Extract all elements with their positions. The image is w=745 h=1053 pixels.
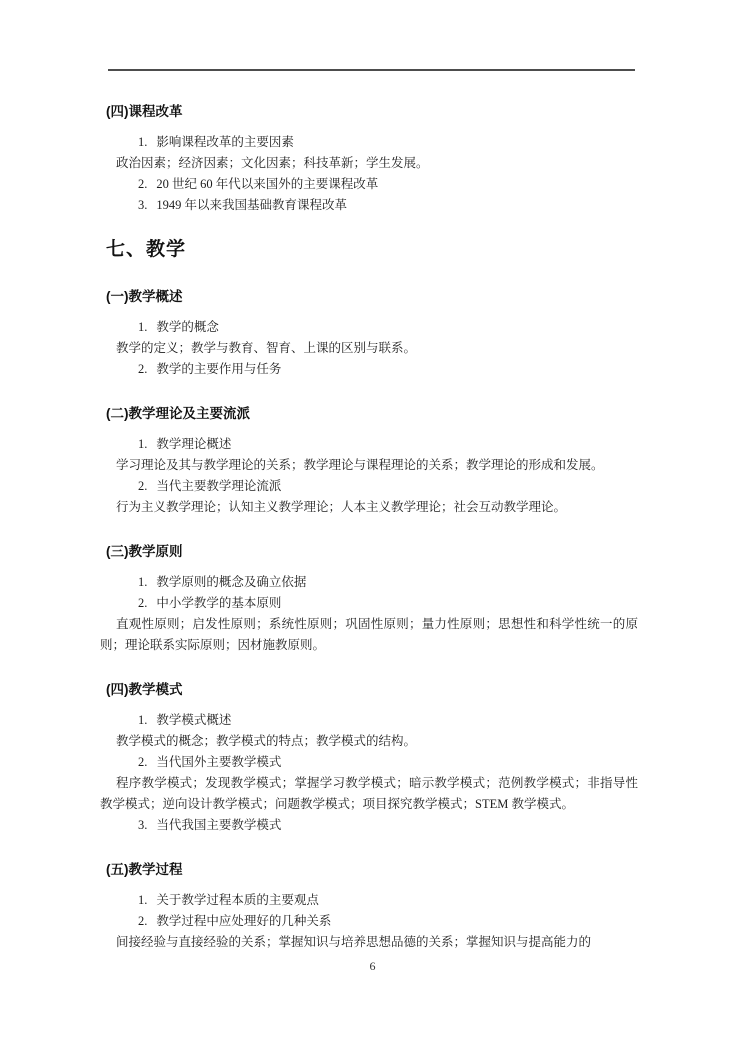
numbered-item: 2.20 世纪 60 年代以来国外的主要课程改革 xyxy=(100,174,638,195)
numbered-item: 3.1949 年以来我国基础教育课程改革 xyxy=(100,195,638,216)
item-text: 当代国外主要教学模式 xyxy=(156,755,281,769)
detail-paragraph: 行为主义教学理论；认知主义教学理论；人本主义教学理论；社会互动教学理论。 xyxy=(100,497,638,518)
detail-paragraph: 政治因素；经济因素；文化因素；科技革新；学生发展。 xyxy=(100,153,638,174)
subsection-heading: (四)教学模式 xyxy=(106,681,638,698)
subsection: (二)教学理论及主要流派 1.教学理论概述学习理论及其与教学理论的关系；教学理论… xyxy=(100,405,638,518)
numbered-item: 3.当代我国主要教学模式 xyxy=(100,815,638,836)
item-text: 关于教学过程本质的主要观点 xyxy=(156,893,319,907)
subsection-body: 1.影响课程改革的主要因素政治因素；经济因素；文化因素；科技革新；学生发展。2.… xyxy=(100,132,638,216)
subsection: (四)课程改革 1.影响课程改革的主要因素政治因素；经济因素；文化因素；科技革新… xyxy=(100,103,638,216)
numbered-item: 1.教学理论概述 xyxy=(100,434,638,455)
subsection: (四)教学模式 1.教学模式概述教学模式的概念；教学模式的特点；教学模式的结构。… xyxy=(100,681,638,836)
item-text: 教学理论概述 xyxy=(156,437,231,451)
subsection-body: 1.教学模式概述教学模式的概念；教学模式的特点；教学模式的结构。2.当代国外主要… xyxy=(100,710,638,836)
header-divider-rule xyxy=(108,69,635,71)
item-text: 教学的主要作用与任务 xyxy=(156,362,281,376)
item-text: 教学原则的概念及确立依据 xyxy=(156,575,306,589)
numbered-item: 1.教学模式概述 xyxy=(100,710,638,731)
item-number: 2. xyxy=(138,362,147,376)
item-text: 教学过程中应处理好的几种关系 xyxy=(156,914,331,928)
item-text: 中小学教学的基本原则 xyxy=(156,596,281,610)
item-number: 1. xyxy=(138,437,147,451)
subsection-body: 1.教学理论概述学习理论及其与教学理论的关系；教学理论与课程理论的关系；教学理论… xyxy=(100,434,638,518)
numbered-item: 2.中小学教学的基本原则 xyxy=(100,593,638,614)
numbered-item: 1.教学的概念 xyxy=(100,317,638,338)
subsection: (三)教学原则 1.教学原则的概念及确立依据2.中小学教学的基本原则直观性原则；… xyxy=(100,543,638,656)
numbered-item: 1.教学原则的概念及确立依据 xyxy=(100,572,638,593)
numbered-item: 2.教学过程中应处理好的几种关系 xyxy=(100,911,638,932)
item-number: 2. xyxy=(138,479,147,493)
subsection-heading: (一)教学概述 xyxy=(106,288,638,305)
subsection-body: 1.教学的概念教学的定义；教学与教育、智育、上课的区别与联系。2.教学的主要作用… xyxy=(100,317,638,380)
item-text: 当代主要教学理论流派 xyxy=(156,479,281,493)
detail-paragraph: 程序教学模式；发现教学模式；掌握学习教学模式；暗示教学模式；范例教学模式；非指导… xyxy=(100,773,638,815)
detail-paragraph: 直观性原则；启发性原则；系统性原则；巩固性原则；量力性原则；思想性和科学性统一的… xyxy=(100,614,638,656)
document-content: (四)课程改革 1.影响课程改革的主要因素政治因素；经济因素；文化因素；科技革新… xyxy=(100,78,638,953)
detail-paragraph: 教学模式的概念；教学模式的特点；教学模式的结构。 xyxy=(100,731,638,752)
subsection-body: 1.教学原则的概念及确立依据2.中小学教学的基本原则直观性原则；启发性原则；系统… xyxy=(100,572,638,656)
page-number: 6 xyxy=(0,959,745,974)
item-number: 1. xyxy=(138,893,147,907)
subsection-heading: (四)课程改革 xyxy=(106,103,638,120)
numbered-item: 1.影响课程改革的主要因素 xyxy=(100,132,638,153)
item-number: 1. xyxy=(138,713,147,727)
numbered-item: 1.关于教学过程本质的主要观点 xyxy=(100,890,638,911)
detail-paragraph: 教学的定义；教学与教育、智育、上课的区别与联系。 xyxy=(100,338,638,359)
subsection-heading: (三)教学原则 xyxy=(106,543,638,560)
item-number: 1. xyxy=(138,320,147,334)
document-page: (四)课程改革 1.影响课程改革的主要因素政治因素；经济因素；文化因素；科技革新… xyxy=(0,0,745,1053)
item-text: 20 世纪 60 年代以来国外的主要课程改革 xyxy=(156,177,378,191)
item-text: 教学模式概述 xyxy=(156,713,231,727)
item-number: 1. xyxy=(138,575,147,589)
numbered-item: 2.当代主要教学理论流派 xyxy=(100,476,638,497)
item-text: 1949 年以来我国基础教育课程改革 xyxy=(156,198,347,212)
item-number: 2. xyxy=(138,596,147,610)
subsection: (五)教学过程 1.关于教学过程本质的主要观点2.教学过程中应处理好的几种关系间… xyxy=(100,861,638,953)
subsection-heading: (二)教学理论及主要流派 xyxy=(106,405,638,422)
numbered-item: 2.当代国外主要教学模式 xyxy=(100,752,638,773)
item-number: 3. xyxy=(138,818,147,832)
item-number: 2. xyxy=(138,914,147,928)
item-number: 3. xyxy=(138,198,147,212)
item-text: 教学的概念 xyxy=(156,320,219,334)
chapter-heading: 七、教学 xyxy=(106,237,638,263)
item-text: 当代我国主要教学模式 xyxy=(156,818,281,832)
numbered-item: 2.教学的主要作用与任务 xyxy=(100,359,638,380)
item-number: 2. xyxy=(138,177,147,191)
subsection-heading: (五)教学过程 xyxy=(106,861,638,878)
subsection: (一)教学概述 1.教学的概念教学的定义；教学与教育、智育、上课的区别与联系。2… xyxy=(100,288,638,380)
subsection-body: 1.关于教学过程本质的主要观点2.教学过程中应处理好的几种关系间接经验与直接经验… xyxy=(100,890,638,953)
detail-paragraph: 学习理论及其与教学理论的关系；教学理论与课程理论的关系；教学理论的形成和发展。 xyxy=(100,455,638,476)
detail-paragraph: 间接经验与直接经验的关系；掌握知识与培养思想品德的关系；掌握知识与提高能力的 xyxy=(100,932,638,953)
item-text: 影响课程改革的主要因素 xyxy=(156,135,294,149)
item-number: 1. xyxy=(138,135,147,149)
item-number: 2. xyxy=(138,755,147,769)
